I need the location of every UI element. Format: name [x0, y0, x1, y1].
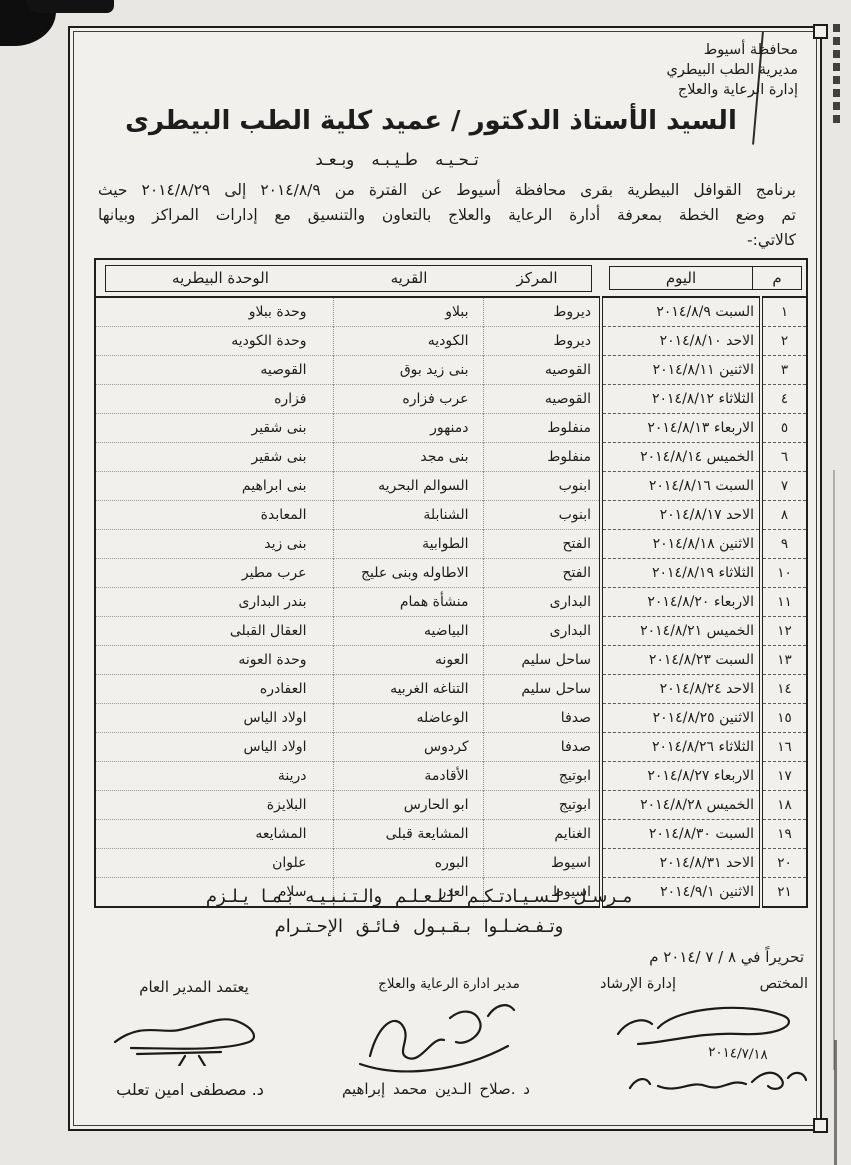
- cell-unit: بنى ابراهيم: [95, 472, 333, 501]
- cell-unit: القوصيه: [95, 356, 333, 385]
- care-director-name: د .صلاح الـدين محمد إبراهيم: [300, 1080, 572, 1098]
- page-border-frame: محافظة أسيوط مديرية الطب البيطري إدارة ا…: [68, 26, 822, 1131]
- frame-corner-ornament-top: [813, 24, 828, 39]
- cell-unit: وحدة الكوديه: [95, 327, 333, 356]
- table-row: ٨الاحد ٢٠١٤/٨/١٧ابنوبالشنابلةالمعابدة: [95, 501, 807, 530]
- cell-serial: ٦: [761, 443, 807, 472]
- cell-unit: اولاد الياس: [95, 704, 333, 733]
- general-director-name: د. مصطفى امين تعلب: [80, 1080, 300, 1099]
- cell-unit: البلايزة: [95, 791, 333, 820]
- signature-block-care-director: مدير ادارة الرعاية والعلاج د .صلاح الـدي…: [300, 976, 572, 1100]
- cell-village: الكوديه: [333, 327, 483, 356]
- cell-day: الخميس ٢٠١٤/٨/٢١: [601, 617, 761, 646]
- table-row: ٦الخميس ٢٠١٤/٨/١٤منفلوطبنى مجدبنى شقير: [95, 443, 807, 472]
- specialist-department: إدارة الإرشاد: [600, 976, 676, 992]
- table-row: ٥الاربعاء ٢٠١٤/٨/١٣منفلوطدمنهوربنى شقير: [95, 414, 807, 443]
- cell-village: بنى زيد بوق: [333, 356, 483, 385]
- cell-serial: ٩: [761, 530, 807, 559]
- cell-village: الأقادمة: [333, 762, 483, 791]
- cell-unit: عرب مطير: [95, 559, 333, 588]
- cell-village: التناغه الغربيه: [333, 675, 483, 704]
- cell-serial: ١٠: [761, 559, 807, 588]
- table-row: ٩الاثنين ٢٠١٤/٨/١٨الفتحالطوابيةبنى زيد: [95, 530, 807, 559]
- salutation-line: تـحـيـه طـيـبـه وبـعـد: [70, 150, 724, 169]
- cell-day: الاربعاء ٢٠١٤/٨/٢٠: [601, 588, 761, 617]
- cell-day: الاثنين ٢٠١٤/٨/٢٥: [601, 704, 761, 733]
- cell-serial: ١٨: [761, 791, 807, 820]
- header-location-group: المركز القريه الوحدة البيطريه: [95, 259, 601, 297]
- cell-serial: ١٧: [761, 762, 807, 791]
- cell-serial: ١٩: [761, 820, 807, 849]
- cell-unit: وحدة العونه: [95, 646, 333, 675]
- signature-block-specialist: المختص إدارة الإرشاد ٢٠١٤/٧/١٨: [572, 976, 812, 1100]
- cell-center: ديروط: [483, 297, 601, 327]
- cell-day: الخميس ٢٠١٤/٨/٢٨: [601, 791, 761, 820]
- cell-unit: المعابدة: [95, 501, 333, 530]
- cell-center: الغنايم: [483, 820, 601, 849]
- table-row: ١٦الثلاثاء ٢٠١٤/٨/٢٦صدفاكردوساولاد الياس: [95, 733, 807, 762]
- cell-village: ببلاو: [333, 297, 483, 327]
- cell-center: ديروط: [483, 327, 601, 356]
- signature-care-director-scribble: [336, 994, 536, 1078]
- signature-specialist-handwritten-name: [620, 1060, 816, 1100]
- cell-village: الاطاوله وبنى عليج: [333, 559, 483, 588]
- table-row: ١٢الخميس ٢٠١٤/٨/٢١البدارىالبياضيهالعقال …: [95, 617, 807, 646]
- table-row: ١السبت ٢٠١٤/٨/٩ديروطببلاووحدة ببلاو: [95, 297, 807, 327]
- letterhead-governorate: محافظة أسيوط: [667, 40, 798, 60]
- cell-center: ساحل سليم: [483, 646, 601, 675]
- care-director-title: مدير ادارة الرعاية والعلاج: [300, 976, 572, 992]
- cell-center: اسيوط: [483, 849, 601, 878]
- table-row: ٢٠الاحد ٢٠١٤/٨/٣١اسيوطالبورهعلوان: [95, 849, 807, 878]
- header-serial: م: [761, 259, 807, 297]
- cell-day: الاربعاء ٢٠١٤/٨/١٣: [601, 414, 761, 443]
- cell-center: البدارى: [483, 588, 601, 617]
- intro-line-1: برنامج القوافل البيطرية بقرى محافظة أسيو…: [98, 178, 796, 203]
- table-header-row: م اليوم المركز القريه الوحدة البيطريه: [95, 259, 807, 297]
- closing-line-1: مـرسـل لـسـيـادتـكـم لـلـعـلـم والـتـنـب…: [70, 882, 768, 912]
- cell-day: الثلاثاء ٢٠١٤/٨/٢٦: [601, 733, 761, 762]
- header-village: القريه: [335, 269, 483, 287]
- cell-unit: فزاره: [95, 385, 333, 414]
- cell-day: السبت ٢٠١٤/٨/٢٣: [601, 646, 761, 675]
- letterhead: محافظة أسيوط مديرية الطب البيطري إدارة ا…: [667, 40, 798, 100]
- cell-unit: اولاد الياس: [95, 733, 333, 762]
- cell-center: الفتح: [483, 559, 601, 588]
- cell-day: السبت ٢٠١٤/٨/٣٠: [601, 820, 761, 849]
- cell-day: الاحد ٢٠١٤/٨/٢٤: [601, 675, 761, 704]
- cell-unit: علوان: [95, 849, 333, 878]
- table-row: ١١الاربعاء ٢٠١٤/٨/٢٠البدارىمنشأة همامبند…: [95, 588, 807, 617]
- cell-village: البوره: [333, 849, 483, 878]
- cell-unit: العفادره: [95, 675, 333, 704]
- cell-center: ابوتيج: [483, 791, 601, 820]
- cell-serial: ١٦: [761, 733, 807, 762]
- cell-village: ابو الحارس: [333, 791, 483, 820]
- table-row: ١٣السبت ٢٠١٤/٨/٢٣ساحل سليمالعونهوحدة الع…: [95, 646, 807, 675]
- letterhead-department: إدارة الرعاية والعلاج: [667, 80, 798, 100]
- cell-center: القوصيه: [483, 385, 601, 414]
- schedule-table-wrap: م اليوم المركز القريه الوحدة البيطريه ١ا…: [96, 258, 808, 908]
- scan-artifact-top-bar: [26, 0, 114, 13]
- signature-block-general-director: يعتمد المدير العام د. مصطفى امين تعلب: [80, 976, 300, 1100]
- cell-day: الاحد ٢٠١٤/٨/٣١: [601, 849, 761, 878]
- header-center: المركز: [483, 269, 591, 287]
- cell-serial: ١٤: [761, 675, 807, 704]
- cell-village: بنى مجد: [333, 443, 483, 472]
- specialist-title: المختص: [760, 976, 808, 992]
- cell-center: صدفا: [483, 704, 601, 733]
- cell-unit: العقال القبلى: [95, 617, 333, 646]
- cell-unit: وحدة ببلاو: [95, 297, 333, 327]
- scan-artifact-edge-line: [833, 470, 835, 1070]
- scan-artifact-edge-hatch: [833, 24, 840, 128]
- table-row: ٧السبت ٢٠١٤/٨/١٦ابنوبالسوالم البحريهبنى …: [95, 472, 807, 501]
- cell-day: الاحد ٢٠١٤/٨/١٧: [601, 501, 761, 530]
- cell-unit: بنى زيد: [95, 530, 333, 559]
- issued-date-line: تحريراً في ٨ / ٧ /٢٠١٤ م: [649, 948, 804, 966]
- cell-unit: بنى شقير: [95, 443, 333, 472]
- cell-unit: درينة: [95, 762, 333, 791]
- cell-day: الاثنين ٢٠١٤/٨/١١: [601, 356, 761, 385]
- scanned-document: { "page": { "letterhead": { "line1": "مح…: [0, 0, 851, 1165]
- specialist-labels: المختص إدارة الإرشاد: [572, 976, 812, 992]
- header-location-box: المركز القريه الوحدة البيطريه: [105, 265, 592, 292]
- cell-serial: ٨: [761, 501, 807, 530]
- cell-serial: ٢: [761, 327, 807, 356]
- cell-village: البياضيه: [333, 617, 483, 646]
- table-row: ١٧الاربعاء ٢٠١٤/٨/٢٧ابوتيجالأقادمةدرينة: [95, 762, 807, 791]
- closing-line-2: وتـفـضـلـوا بـقـبـول فـائـق الإحـتـرام: [70, 912, 768, 942]
- document-title: السيد الأستاذ الدكتور / عميد كلية الطب ا…: [70, 106, 792, 136]
- table-row: ٢الاحد ٢٠١٤/٨/١٠ديروطالكوديهوحدة الكوديه: [95, 327, 807, 356]
- cell-center: ابوتيج: [483, 762, 601, 791]
- cell-center: ساحل سليم: [483, 675, 601, 704]
- header-serial-box: م: [752, 266, 802, 290]
- header-day-box: اليوم: [609, 266, 753, 290]
- cell-center: الفتح: [483, 530, 601, 559]
- table-row: ١٩السبت ٢٠١٤/٨/٣٠الغنايمالمشايعة قبلىالم…: [95, 820, 807, 849]
- signature-general-director-scribble: [99, 1004, 281, 1066]
- cell-village: العونه: [333, 646, 483, 675]
- cell-center: البدارى: [483, 617, 601, 646]
- header-unit: الوحدة البيطريه: [106, 269, 335, 287]
- cell-village: عرب فزاره: [333, 385, 483, 414]
- cell-village: الوعاضله: [333, 704, 483, 733]
- cell-village: الطوابية: [333, 530, 483, 559]
- cell-serial: ١١: [761, 588, 807, 617]
- table-row: ١٨الخميس ٢٠١٤/٨/٢٨ابوتيجابو الحارسالبلاي…: [95, 791, 807, 820]
- cell-center: صدفا: [483, 733, 601, 762]
- cell-center: ابنوب: [483, 501, 601, 530]
- cell-day: الاربعاء ٢٠١٤/٨/٢٧: [601, 762, 761, 791]
- cell-unit: بندر البدارى: [95, 588, 333, 617]
- cell-center: ابنوب: [483, 472, 601, 501]
- cell-unit: المشايعه: [95, 820, 333, 849]
- table-row: ١٥الاثنين ٢٠١٤/٨/٢٥صدفاالوعاضلهاولاد الي…: [95, 704, 807, 733]
- cell-day: الثلاثاء ٢٠١٤/٨/١٩: [601, 559, 761, 588]
- cell-serial: ٣: [761, 356, 807, 385]
- cell-village: منشأة همام: [333, 588, 483, 617]
- cell-center: منفلوط: [483, 414, 601, 443]
- cell-center: منفلوط: [483, 443, 601, 472]
- cell-village: كردوس: [333, 733, 483, 762]
- cell-serial: ٢٠: [761, 849, 807, 878]
- cell-village: الشنابلة: [333, 501, 483, 530]
- cell-serial: ٧: [761, 472, 807, 501]
- intro-line-3: كالاتي:-: [98, 228, 796, 253]
- schedule-table: م اليوم المركز القريه الوحدة البيطريه ١ا…: [94, 258, 808, 908]
- cell-day: السبت ٢٠١٤/٨/١٦: [601, 472, 761, 501]
- table-row: ٤الثلاثاء ٢٠١٤/٨/١٢القوصيهعرب فزارهفزاره: [95, 385, 807, 414]
- table-body: ١السبت ٢٠١٤/٨/٩ديروطببلاووحدة ببلاو٢الاح…: [95, 297, 807, 907]
- cell-serial: ١٢: [761, 617, 807, 646]
- cell-day: الاثنين ٢٠١٤/٨/١٨: [601, 530, 761, 559]
- cell-serial: ٥: [761, 414, 807, 443]
- cell-day: الثلاثاء ٢٠١٤/٨/١٢: [601, 385, 761, 414]
- cell-unit: بنى شقير: [95, 414, 333, 443]
- cell-serial: ١: [761, 297, 807, 327]
- table-row: ١٤الاحد ٢٠١٤/٨/٢٤ساحل سليمالتناغه الغربي…: [95, 675, 807, 704]
- table-row: ١٠الثلاثاء ٢٠١٤/٨/١٩الفتحالاطاوله وبنى ع…: [95, 559, 807, 588]
- table-row: ٣الاثنين ٢٠١٤/٨/١١القوصيهبنى زيد بوقالقو…: [95, 356, 807, 385]
- cell-serial: ٤: [761, 385, 807, 414]
- cell-day: السبت ٢٠١٤/٨/٩: [601, 297, 761, 327]
- general-director-title: يعتمد المدير العام: [80, 978, 300, 996]
- cell-day: الخميس ٢٠١٤/٨/١٤: [601, 443, 761, 472]
- cell-village: دمنهور: [333, 414, 483, 443]
- cell-serial: ١٣: [761, 646, 807, 675]
- intro-paragraph: برنامج القوافل البيطرية بقرى محافظة أسيو…: [98, 178, 796, 253]
- cell-day: الاحد ٢٠١٤/٨/١٠: [601, 327, 761, 356]
- signatures-row: المختص إدارة الإرشاد ٢٠١٤/٧/١٨ مدير ادار…: [80, 976, 812, 1100]
- scan-artifact-edge-line-dark: [834, 1040, 837, 1165]
- intro-line-2: تم وضع الخطة بمعرفة أدارة الرعاية والعلا…: [98, 203, 796, 228]
- header-day: اليوم: [601, 259, 761, 297]
- cell-serial: ١٥: [761, 704, 807, 733]
- cell-village: المشايعة قبلى: [333, 820, 483, 849]
- closing-statement: مـرسـل لـسـيـادتـكـم لـلـعـلـم والـتـنـب…: [70, 882, 768, 942]
- letterhead-directorate: مديرية الطب البيطري: [667, 60, 798, 80]
- cell-center: القوصيه: [483, 356, 601, 385]
- cell-village: السوالم البحريه: [333, 472, 483, 501]
- frame-corner-ornament-bottom: [813, 1118, 828, 1133]
